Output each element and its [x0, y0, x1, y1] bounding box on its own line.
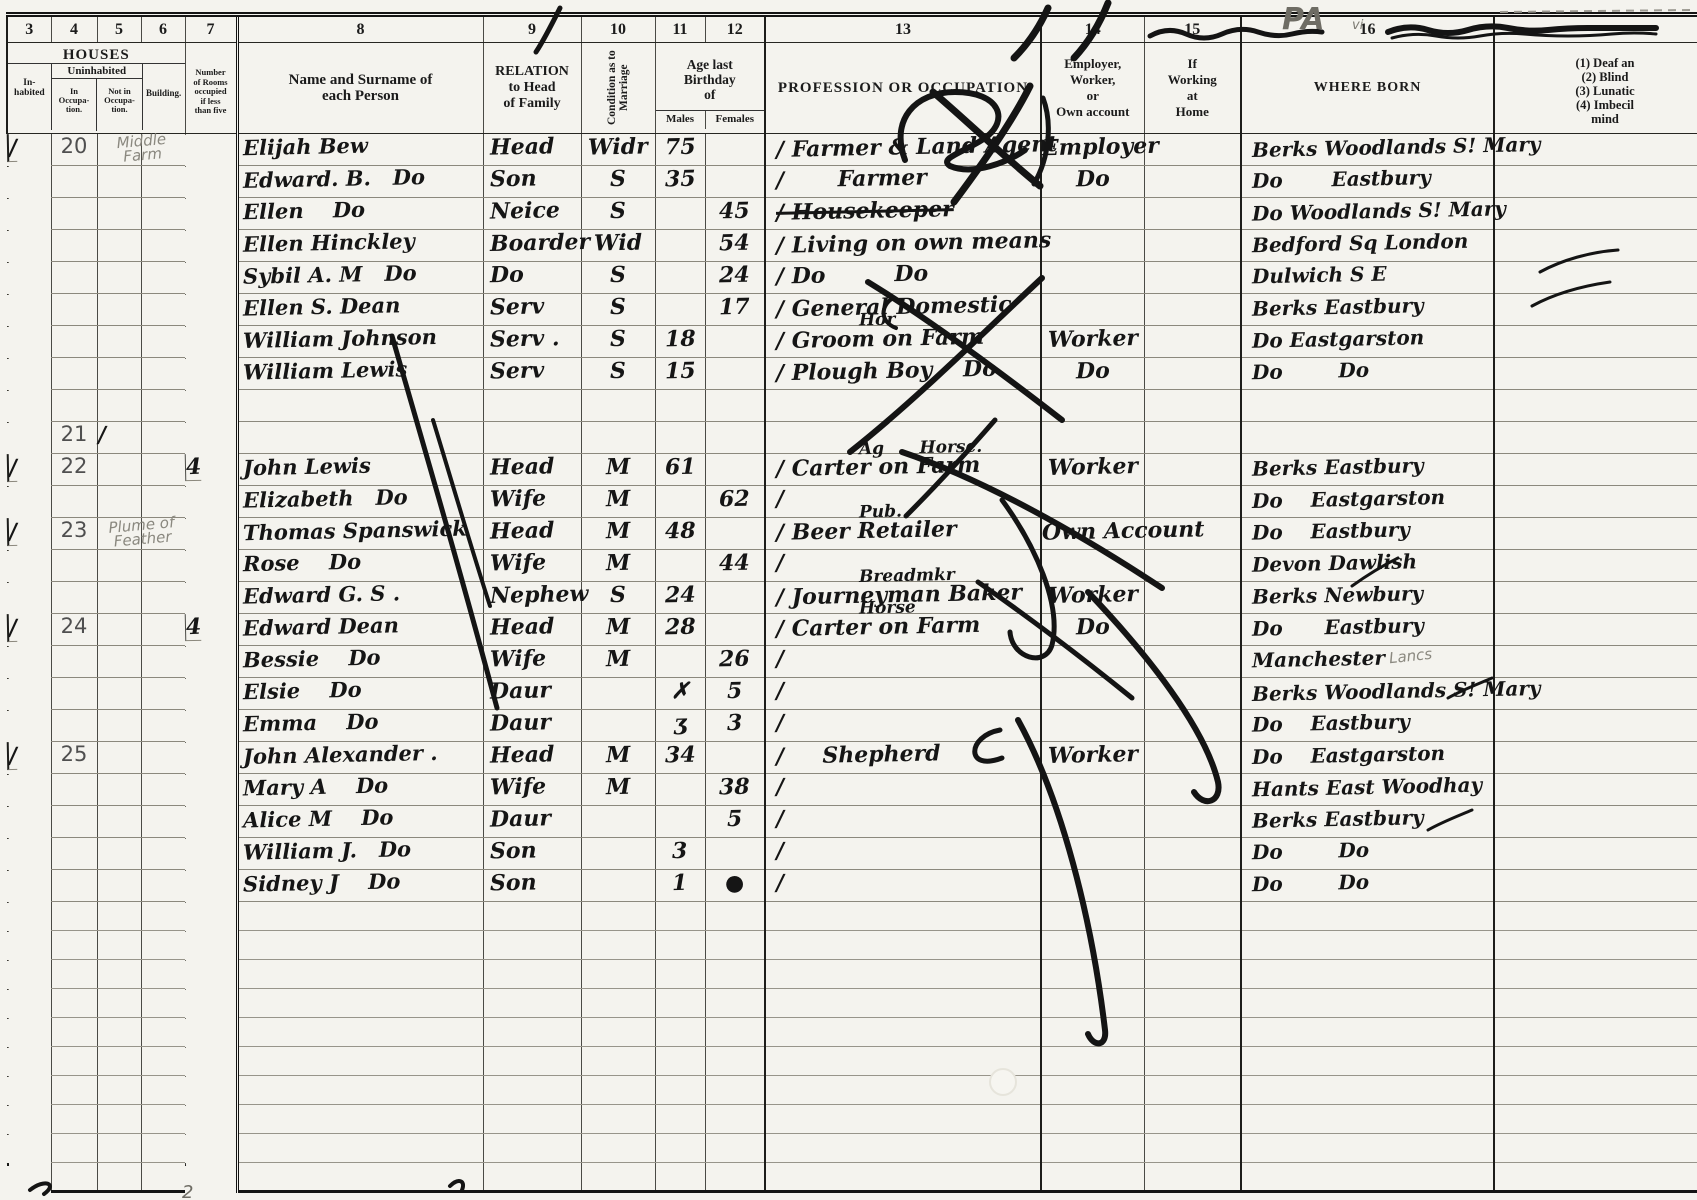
person-name-empty	[237, 1134, 483, 1163]
age-male-text: 61	[664, 454, 695, 481]
inhabited-tick	[7, 837, 9, 838]
building-entry-empty	[141, 1076, 185, 1105]
relation-entry-empty	[483, 1134, 581, 1163]
house-name	[97, 358, 141, 390]
condition-entry: M	[581, 454, 655, 486]
home-entry-empty	[1144, 1018, 1241, 1047]
person-name-text: William Johnson	[238, 324, 436, 354]
age-female: 5	[705, 678, 765, 710]
occupation-annotation: Pub.	[859, 504, 902, 522]
age-female-empty	[705, 960, 765, 989]
where-born-text: Bedford Sq London	[1252, 228, 1469, 259]
inhabited-tick-empty	[7, 1133, 9, 1134]
rooms-figure	[185, 869, 186, 870]
home-entry	[1144, 422, 1241, 454]
schedule-number	[51, 550, 97, 582]
empty-ruled-row	[7, 902, 1697, 931]
inhabited-tick-empty	[7, 901, 9, 902]
age-female	[705, 390, 765, 422]
col-num-17	[1494, 15, 1697, 43]
house-name-empty	[97, 1018, 141, 1047]
occupation-entry: ∕	[765, 486, 1041, 518]
age-female-text: ●	[725, 870, 745, 896]
occupation-text: ∕ Do Do	[776, 260, 929, 289]
condition-entry: S	[581, 358, 655, 390]
occupation-entry-empty	[765, 931, 1041, 960]
person-name: Sidney J Do	[237, 870, 483, 902]
condition-entry-empty	[581, 931, 655, 960]
person-name-text: Elizabeth Do	[238, 484, 407, 514]
person-name: Alice M Do	[237, 806, 483, 838]
relation-entry: Son	[483, 838, 581, 870]
schedule-number: 24	[51, 614, 97, 646]
person-name-text: Rose Do	[238, 549, 361, 578]
relation-entry	[483, 422, 581, 454]
employer-entry	[1041, 678, 1144, 710]
where-born-entry-empty	[1241, 1047, 1494, 1076]
relation-entry: Neice	[483, 198, 581, 230]
schedule-number-text: 21	[61, 422, 88, 446]
occupation-entry: ∕	[765, 646, 1041, 678]
occupation-entry: Horse∕ Carter on Farm	[765, 614, 1041, 646]
infirmity-entry-empty	[1494, 931, 1697, 960]
building-entry	[141, 614, 185, 646]
age-female: 5	[705, 806, 765, 838]
age-male-empty	[655, 1163, 705, 1192]
rooms-figure-empty	[185, 1075, 186, 1076]
census-record-row: ∕244Edward DeanHeadM28Horse∕ Carter on F…	[7, 614, 1697, 646]
home-entry	[1144, 646, 1241, 678]
where-born-entry: Hants East Woodhay	[1241, 774, 1494, 806]
age-male	[655, 422, 705, 454]
person-name-text: Elsie Do	[238, 677, 361, 706]
inhabited-tick	[7, 581, 9, 582]
inhabited-tick	[7, 805, 9, 806]
building-entry-empty	[141, 960, 185, 989]
occupation-entry: ∕	[765, 774, 1041, 806]
condition-entry-text: M	[606, 774, 631, 801]
building-entry	[141, 230, 185, 262]
relation-entry: Daur	[483, 678, 581, 710]
condition-entry-text: S	[610, 166, 626, 192]
inhabited-tick	[7, 357, 9, 358]
age-male-text: 1	[672, 870, 688, 896]
infirmity-entry	[1494, 198, 1697, 230]
relation-entry-text: Daur	[483, 709, 550, 736]
rooms-figure-empty	[185, 901, 186, 902]
building-entry	[141, 486, 185, 518]
condition-entry-empty	[581, 1018, 655, 1047]
col-header-where-born: WHERE BORN	[1241, 43, 1494, 134]
rooms-figure	[185, 837, 186, 838]
person-name-text: Mary A Do	[238, 772, 388, 801]
relation-entry-text: Head	[483, 453, 554, 480]
building-entry	[141, 742, 185, 774]
infirmity-entry	[1494, 614, 1697, 646]
person-name-text: Ellen S. Dean	[238, 292, 400, 321]
schedule-number-empty	[51, 1134, 97, 1163]
house-name-empty	[97, 1076, 141, 1105]
age-male: 48	[655, 518, 705, 550]
home-entry	[1144, 358, 1241, 390]
relation-entry-text: Son	[483, 837, 536, 864]
inhabited-tick-text: ∕	[8, 614, 17, 640]
building-entry	[141, 710, 185, 742]
person-name: John Lewis	[237, 454, 483, 486]
schedule-number-text: 25	[61, 742, 88, 766]
house-name	[97, 774, 141, 806]
infirmity-entry-empty	[1494, 1105, 1697, 1134]
inhabited-tick	[7, 325, 9, 326]
person-name: Rose Do	[237, 550, 483, 582]
occupation-entry: ∕ Living on own means	[765, 230, 1041, 262]
occupation-text: ∕	[776, 486, 785, 512]
inhabited-tick	[7, 165, 9, 166]
building-entry	[141, 550, 185, 582]
home-entry	[1144, 582, 1241, 614]
age-female-text: 44	[719, 550, 750, 577]
age-female-text: 24	[719, 262, 750, 289]
col-header-infirmity: (1) Deaf an (2) Blind (3) Lunatic (4) Im…	[1494, 43, 1697, 134]
employer-entry	[1041, 422, 1144, 454]
building-entry-empty	[141, 1047, 185, 1076]
where-born-text: Do Eastgarston	[1252, 740, 1446, 770]
col-num-11: 11	[655, 15, 705, 43]
where-born-text: Do Eastbury	[1252, 708, 1410, 737]
age-female	[705, 582, 765, 614]
schedule-number: 21	[51, 422, 97, 454]
employer-entry	[1041, 646, 1144, 678]
census-record-row: Elsie DoDaur✗5∕Berks Woodlands S! Mary	[7, 678, 1697, 710]
schedule-number-empty	[51, 931, 97, 960]
where-born-text: Do Eastgarston	[1252, 324, 1425, 354]
person-name-text: Ellen Do	[238, 197, 365, 226]
occupation-entry: ∕ Shepherd	[765, 742, 1041, 774]
person-name-text: Ellen Hinckley	[238, 228, 414, 258]
age-male-empty	[655, 1018, 705, 1047]
house-name	[97, 614, 141, 646]
col-header-building: Building.	[143, 64, 185, 130]
schedule-number-empty	[51, 1105, 97, 1134]
age-male	[655, 486, 705, 518]
col-header-employer: Employer, Worker, or Own account	[1041, 43, 1144, 134]
schedule-number-text: 22	[61, 454, 88, 478]
where-born-entry: Bedford Sq London	[1241, 230, 1494, 262]
employer-entry-text: Do	[1076, 166, 1110, 193]
condition-entry-empty	[581, 1134, 655, 1163]
schedule-number	[51, 838, 97, 870]
relation-entry-text: Serv .	[483, 325, 559, 353]
condition-entry: S	[581, 326, 655, 358]
schedule-number: 20	[51, 134, 97, 166]
relation-entry-text: Serv	[483, 357, 544, 384]
age-male: 3	[655, 838, 705, 870]
occupation-annotation: Hor	[859, 312, 896, 330]
census-record-row: 21∕	[7, 422, 1697, 454]
condition-entry-empty	[581, 989, 655, 1018]
rooms-figure	[185, 165, 186, 166]
employer-entry: Do	[1041, 614, 1144, 646]
census-record-row: ∕224John LewisHeadM61Ag Horse.∕ Carter o…	[7, 454, 1697, 486]
building-entry	[141, 774, 185, 806]
employer-entry-empty	[1041, 1047, 1144, 1076]
inhabited-tick-text: ∕	[8, 518, 17, 544]
age-female-text: 45	[719, 198, 750, 225]
pencil-reference-mark: PA	[1282, 2, 1324, 37]
condition-entry-text: S	[610, 198, 626, 224]
building-entry	[141, 454, 185, 486]
relation-entry-empty	[483, 1105, 581, 1134]
employer-entry	[1041, 486, 1144, 518]
rooms-figure	[185, 421, 186, 422]
relation-entry: Daur	[483, 806, 581, 838]
relation-entry-text: Wife	[483, 549, 546, 576]
inhabited-tick: ∕	[7, 453, 18, 481]
occupation-text: ∕ Farmer & Land Agent	[776, 131, 1058, 163]
relation-entry-text: Wife	[483, 773, 546, 800]
age-male: 24	[655, 582, 705, 614]
where-born-entry-empty	[1241, 989, 1494, 1018]
inhabited-tick	[7, 869, 9, 870]
building-entry	[141, 326, 185, 358]
schedule-number: 23	[51, 518, 97, 550]
where-born-entry-empty	[1241, 960, 1494, 989]
empty-ruled-row	[7, 1105, 1697, 1134]
occupation-entry-empty	[765, 1105, 1041, 1134]
person-name-text: Edward G. S .	[238, 580, 400, 609]
inhabited-tick	[7, 645, 9, 646]
house-name	[97, 294, 141, 326]
age-male-text: ✗	[671, 678, 690, 704]
census-table: 3 4 5 6 7 8 9 10 11 12 13 14 15 16	[6, 12, 1697, 1193]
infirmity-entry	[1494, 166, 1697, 198]
employer-entry: Own Account	[1041, 518, 1144, 550]
col-header-houses: HOUSES In- habited Uninhabited In Occupa…	[7, 43, 185, 134]
person-name-empty	[237, 1076, 483, 1105]
empty-ruled-row	[7, 960, 1697, 989]
infirmity-entry-empty	[1494, 1018, 1697, 1047]
age-female-empty	[705, 1105, 765, 1134]
person-name-text: Bessie Do	[238, 645, 380, 674]
pencil-small-mark: vi	[1352, 18, 1363, 33]
census-record-row: William JohnsonServ .S18Hor∕ Groom on Fa…	[7, 326, 1697, 358]
person-name-text: Edward. B. Do	[238, 164, 424, 194]
rooms-figure	[185, 741, 186, 742]
condition-entry-text: M	[606, 742, 631, 769]
house-name	[97, 198, 141, 230]
home-entry	[1144, 262, 1241, 294]
occupation-entry-empty	[765, 902, 1041, 931]
schedule-number	[51, 582, 97, 614]
building-entry	[141, 806, 185, 838]
age-female-empty	[705, 989, 765, 1018]
building-entry	[141, 646, 185, 678]
building-entry	[141, 198, 185, 230]
house-name	[97, 646, 141, 678]
person-name: William Lewis	[237, 358, 483, 390]
schedule-number	[51, 806, 97, 838]
infirmity-entry-empty	[1494, 1047, 1697, 1076]
infirmity-entry	[1494, 294, 1697, 326]
home-entry	[1144, 198, 1241, 230]
house-name	[97, 582, 141, 614]
occupation-text: ∕	[776, 774, 785, 800]
person-name: Bessie Do	[237, 646, 483, 678]
rooms-figure	[185, 645, 186, 646]
infirmity-entry-empty	[1494, 960, 1697, 989]
age-female-empty	[705, 931, 765, 960]
house-name	[97, 742, 141, 774]
age-male	[655, 806, 705, 838]
home-entry	[1144, 678, 1241, 710]
house-name	[97, 262, 141, 294]
empty-ruled-row	[7, 931, 1697, 960]
employer-entry-empty	[1041, 931, 1144, 960]
age-male-text: 15	[664, 358, 695, 385]
relation-entry: Serv .	[483, 326, 581, 358]
condition-entry: S	[581, 166, 655, 198]
inhabited-tick: ∕	[7, 517, 18, 545]
condition-entry	[581, 390, 655, 422]
census-record-row: Sidney J DoSon1●∕Do Do	[7, 870, 1697, 902]
age-female-empty	[705, 1134, 765, 1163]
schedule-number-text: 20	[61, 134, 88, 158]
inhabited-tick	[7, 677, 9, 678]
inhabited-tick	[7, 389, 9, 390]
age-male: 75	[655, 134, 705, 166]
occupation-entry: ∕	[765, 838, 1041, 870]
age-male	[655, 550, 705, 582]
employer-entry-text: Do	[1076, 358, 1110, 385]
rooms-figure	[185, 773, 186, 774]
condition-entry: S	[581, 294, 655, 326]
condition-entry-text: S	[610, 582, 626, 608]
age-male: 28	[655, 614, 705, 646]
rooms-figure: 4	[185, 453, 202, 480]
age-female	[705, 422, 765, 454]
col-header-not-in-occupation: Not in Occupa- tion.	[96, 79, 142, 131]
occupation-entry: ∕ Farmer & Land Agent	[765, 134, 1041, 166]
rooms-figure	[185, 485, 186, 486]
schedule-number	[51, 198, 97, 230]
building-entry	[141, 390, 185, 422]
condition-entry-text: S	[610, 326, 626, 352]
col-num-4: 4	[51, 15, 97, 43]
person-name: John Alexander .	[237, 742, 483, 774]
infirmity-entry-empty	[1494, 1134, 1697, 1163]
infirmity-entry	[1494, 454, 1697, 486]
relation-entry-text: Do	[483, 262, 523, 289]
rooms-figure	[185, 389, 186, 390]
census-record-row: Edward G. S .NephewS24Breadmkr∕ Journeym…	[7, 582, 1697, 614]
infirmity-entry-empty	[1494, 1076, 1697, 1105]
census-record-row: William J. DoSon3∕Do Do	[7, 838, 1697, 870]
where-born-entry-empty	[1241, 1134, 1494, 1163]
occupation-entry	[765, 390, 1041, 422]
col-num-5: 5	[97, 15, 141, 43]
census-record-row: Mary A DoWifeM38∕Hants East Woodhay	[7, 774, 1697, 806]
condition-entry-text: M	[606, 486, 631, 513]
infirmity-entry	[1494, 262, 1697, 294]
age-female-empty	[705, 1076, 765, 1105]
inhabited-tick: ∕	[7, 741, 18, 769]
home-entry-empty	[1144, 960, 1241, 989]
occupation-text: ∕	[776, 646, 785, 672]
where-born-text: Dulwich S E	[1252, 261, 1387, 290]
where-born-entry: Berks Woodlands S! Mary	[1241, 678, 1494, 710]
age-male	[655, 294, 705, 326]
where-born-pencil-note: Lancs	[1388, 645, 1433, 667]
inhabited-tick-empty	[7, 1075, 9, 1076]
uninhabited-tick: ∕	[97, 422, 106, 448]
empty-ruled-row	[7, 1163, 1697, 1192]
relation-entry: Boarder	[483, 230, 581, 262]
relation-entry: Head	[483, 742, 581, 774]
age-female: ●	[705, 870, 765, 902]
relation-entry-empty	[483, 902, 581, 931]
condition-entry: M	[581, 550, 655, 582]
rooms-figure	[185, 709, 186, 710]
infirmity-entry-empty	[1494, 1163, 1697, 1192]
age-male	[655, 646, 705, 678]
relation-entry-text: Nephew	[483, 581, 588, 609]
census-record-row: William LewisServS15∕ Plough Boy DoDoDo …	[7, 358, 1697, 390]
home-entry	[1144, 870, 1241, 902]
condition-entry: M	[581, 742, 655, 774]
schedule-number-empty	[51, 960, 97, 989]
employer-entry-empty	[1041, 1076, 1144, 1105]
age-female	[705, 518, 765, 550]
age-title: Age last Birthday of	[656, 47, 765, 110]
where-born-entry: Dulwich S E	[1241, 262, 1494, 294]
census-form-sheet: 3 4 5 6 7 8 9 10 11 12 13 14 15 16	[6, 12, 1697, 1193]
person-name: Thomas Spanswick	[237, 518, 483, 550]
person-name: Ellen Do	[237, 198, 483, 230]
occupation-entry: Pub.∕ Beer Retailer	[765, 518, 1041, 550]
age-male-text: 28	[664, 614, 695, 641]
age-female	[705, 838, 765, 870]
schedule-number-empty	[51, 902, 97, 931]
employer-entry-text: Worker	[1047, 741, 1138, 769]
rooms-figure	[185, 357, 186, 358]
age-female-empty	[705, 1018, 765, 1047]
home-entry-empty	[1144, 1076, 1241, 1105]
employer-entry	[1041, 806, 1144, 838]
rooms-figure: 4	[185, 613, 202, 640]
infirmity-entry	[1494, 710, 1697, 742]
house-name-empty	[97, 931, 141, 960]
condition-entry: Wid	[581, 230, 655, 262]
person-name-text: William Lewis	[238, 356, 407, 386]
inhabited-tick-empty	[7, 1046, 9, 1047]
house-name: ∕	[97, 422, 141, 454]
where-born-entry: Do Do	[1241, 870, 1494, 902]
age-male	[655, 774, 705, 806]
house-name-empty	[97, 1134, 141, 1163]
empty-ruled-row	[7, 1134, 1697, 1163]
house-name	[97, 678, 141, 710]
col-num-9: 9	[483, 15, 581, 43]
employer-entry	[1041, 870, 1144, 902]
building-entry-empty	[141, 931, 185, 960]
condition-entry-empty	[581, 1163, 655, 1192]
condition-entry-empty	[581, 902, 655, 931]
age-female: 44	[705, 550, 765, 582]
person-name: Edward Dean	[237, 614, 483, 646]
col-header-home: If Working at Home	[1144, 43, 1241, 134]
occupation-text: ∕ Housekeeper	[776, 196, 954, 226]
where-born-entry-empty	[1241, 931, 1494, 960]
